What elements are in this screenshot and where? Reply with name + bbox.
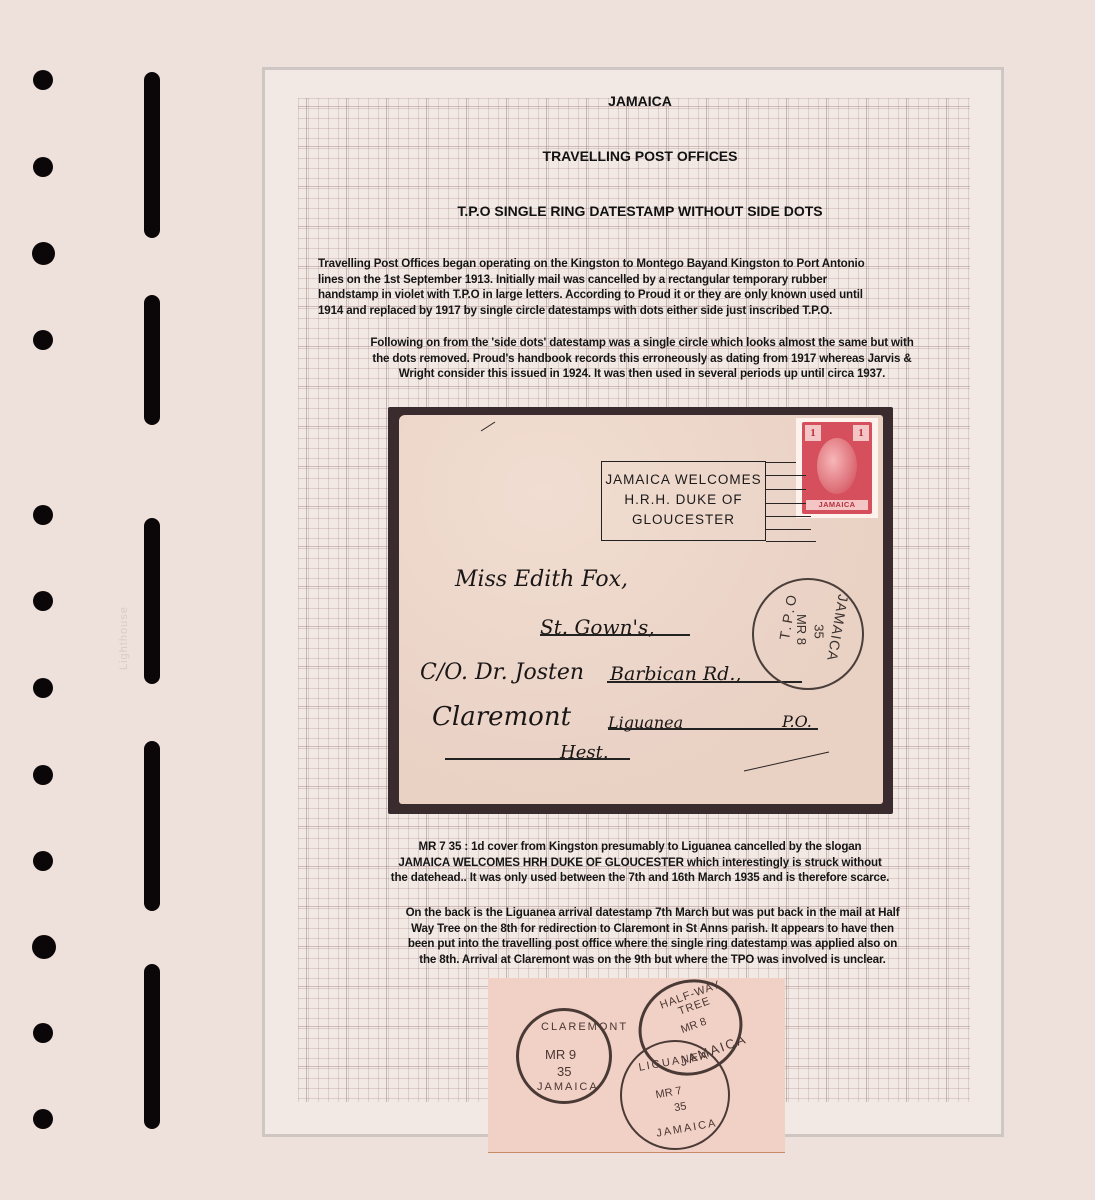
text-line: the 8th. Arrival at Claremont was on the… xyxy=(360,952,945,968)
text-line: Travelling Post Offices began operating … xyxy=(318,256,968,272)
intro-paragraph-1: Travelling Post Offices began operating … xyxy=(318,256,968,318)
punch-hole xyxy=(32,242,55,265)
text-line: Wright consider this issued in 1924. It … xyxy=(322,366,962,382)
cover-caption-1: MR 7 35 : 1d cover from Kingston presuma… xyxy=(345,839,935,886)
country-heading: JAMAICA xyxy=(300,93,980,109)
binder-slot xyxy=(144,518,160,684)
text-line: Way Tree on the 8th for redirection to C… xyxy=(360,921,945,937)
text-line: On the back is the Liguanea arrival date… xyxy=(360,905,945,921)
slogan-cancel: JAMAICA WELCOMES H.R.H. DUKE OF GLOUCEST… xyxy=(601,461,766,541)
king-portrait xyxy=(817,438,857,494)
binder-slot xyxy=(144,741,160,911)
punch-hole xyxy=(33,851,53,871)
claremont-datestamp: CLAREMONT MR 9 35 JAMAICA xyxy=(516,1008,612,1104)
text-line: MR 7 35 : 1d cover from Kingston presuma… xyxy=(345,839,935,855)
stamp-value-right: 1 xyxy=(853,425,869,441)
punch-hole xyxy=(33,330,53,350)
postage-stamp: 1 1 JAMAICA xyxy=(796,418,878,518)
text-line: lines on the 1st September 1913. Initial… xyxy=(318,272,968,288)
punch-hole xyxy=(33,505,53,525)
punch-hole xyxy=(33,678,53,698)
intro-paragraph-2: Following on from the 'side dots' datest… xyxy=(322,335,962,382)
stamp-value-left: 1 xyxy=(805,425,821,441)
text-line: 1914 and replaced by 1917 by single circ… xyxy=(318,303,968,319)
text-line: handstamp in violet with T.P.O in large … xyxy=(318,287,968,303)
text-line: the datehead.. It was only used between … xyxy=(345,870,935,886)
punch-hole xyxy=(33,70,53,90)
stamp-country: JAMAICA xyxy=(806,500,868,510)
tpo-datestamp: T.P.O MR 8 35 JAMAICA xyxy=(752,578,864,690)
cover-caption-2: On the back is the Liguanea arrival date… xyxy=(360,905,945,967)
binder-slot xyxy=(144,295,160,425)
embossed-brand-mark: Lighthouse xyxy=(118,510,138,670)
punch-hole xyxy=(33,765,53,785)
punch-hole xyxy=(33,1109,53,1129)
punch-hole xyxy=(33,591,53,611)
punch-hole xyxy=(33,157,53,177)
address-line-care-of: C/O. Dr. Josten xyxy=(420,660,584,685)
text-line: Following on from the 'side dots' datest… xyxy=(322,335,962,351)
text-line: been put into the travelling post office… xyxy=(360,936,945,952)
binder-slot xyxy=(144,964,160,1129)
section-heading: TRAVELLING POST OFFICES xyxy=(300,148,980,164)
punch-hole xyxy=(33,1023,53,1043)
address-line-town: Claremont xyxy=(432,702,571,732)
cover-back-piece: CLAREMONT MR 9 35 JAMAICA HALF-WAY TREE … xyxy=(488,978,785,1153)
punch-hole xyxy=(32,935,56,959)
address-line-name: Miss Edith Fox, xyxy=(455,567,628,592)
text-line: the dots removed. Proud's handbook recor… xyxy=(322,351,962,367)
page-subtitle: T.P.O SINGLE RING DATESTAMP WITHOUT SIDE… xyxy=(300,203,980,219)
text-line: JAMAICA WELCOMES HRH DUKE OF GLOUCESTER … xyxy=(345,855,935,871)
binder-slot xyxy=(144,72,160,238)
address-line-po: P.O. xyxy=(782,712,812,731)
